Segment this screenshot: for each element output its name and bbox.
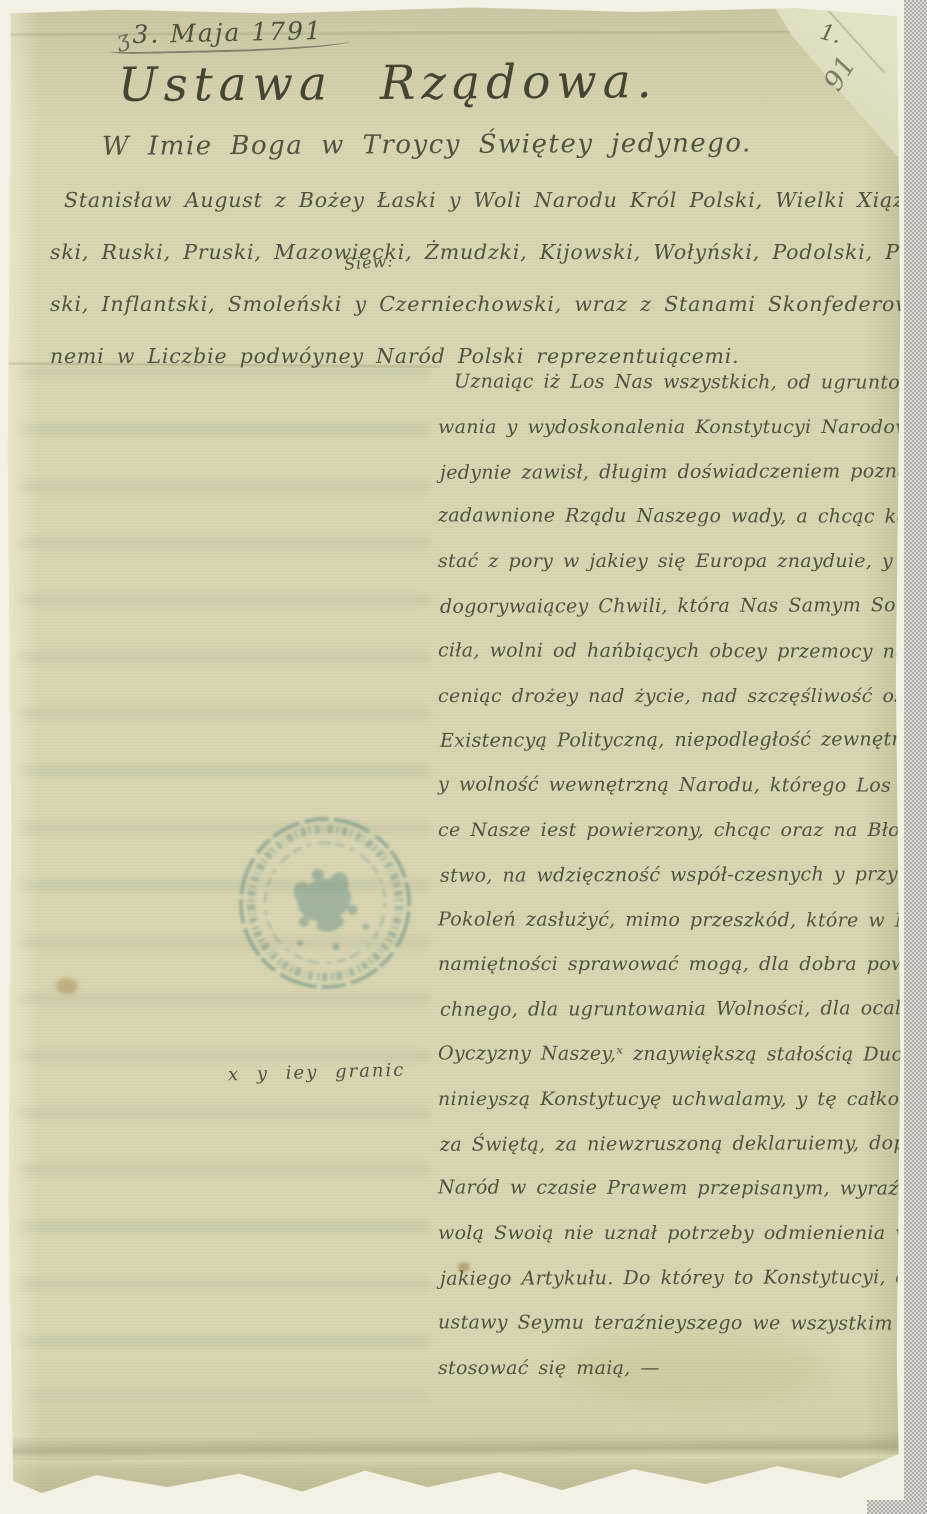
body-line: jakiego Artykułu. Do którey to Konstytuc… <box>440 1255 896 1301</box>
body-line: ciła, wolni od hańbiących obcey przemocy… <box>438 628 894 674</box>
body-line: wania y wydoskonalenia Konstytucyi Narod… <box>438 405 894 450</box>
body-line: dogorywaiącey Chwili, która Nas Samym So… <box>440 583 896 629</box>
body-line: Naród w czasie Prawem przepisanym, wyraź… <box>438 1166 894 1212</box>
body-line: namiętności sprawować mogą, dla dobra po… <box>438 942 894 987</box>
photo-edge-bottom <box>867 1500 927 1514</box>
body-line: Existencyą Polityczną, niepodległość zew… <box>440 718 896 764</box>
body-line: y wolność wewnętrzną Narodu, którego Los… <box>438 763 894 809</box>
photo-edge-right <box>904 0 927 1514</box>
body-line: wolą Swoią nie uznał potrzeby odmienieni… <box>438 1211 894 1256</box>
manuscript-page: 1. 91 ʒ3. Maja 1791 Ustawa Rządowa. W Im… <box>6 6 903 1502</box>
preamble-body-column: Uznaiąc iż Los Nas wszystkich, od ugrunt… <box>438 360 894 1390</box>
intitulatio-line: ski, Ruski, Pruski, Mazowiecki, Żmudzki,… <box>50 226 895 278</box>
intitulatio-line: ski, Inflantski, Smoleński y Czerniechow… <box>50 278 895 330</box>
body-line: jedynie zawisł, długim doświadczeniem po… <box>440 449 896 495</box>
date-text: 3. Maja 1791 <box>132 16 323 49</box>
date-annotation: ʒ3. Maja 1791 <box>110 15 352 54</box>
body-line: zadawnione Rządu Naszego wady, a chcąc k… <box>438 494 894 540</box>
royal-intitulatio: Stanisław August z Bożey Łaski y Woli Na… <box>50 174 895 382</box>
paper-stain <box>56 978 78 994</box>
manuscript-scan: 1. 91 ʒ3. Maja 1791 Ustawa Rządowa. W Im… <box>0 0 927 1514</box>
body-line: ce Nasze iest powierzony, chcąc oraz na … <box>438 808 894 853</box>
invocation-line: W Imie Boga w Troycy Świętey jedynego. <box>102 128 752 161</box>
body-line: ceniąc drożey nad życie, nad szczęśliwoś… <box>438 674 894 719</box>
interlinear-insertion: Siew: <box>343 251 394 273</box>
body-line: stwo, na wdzięczność współ-czesnych y pr… <box>440 852 896 898</box>
body-line: Pokoleń zasłużyć, mimo przeszkód, które … <box>438 897 894 943</box>
body-line: za Świętą, za niewzruszoną deklaruiemy, … <box>440 1121 896 1167</box>
body-line: chnego, dla ugruntowania Wolności, dla o… <box>440 986 896 1032</box>
body-line: ninieyszą Konstytucyę uchwalamy, y tę ca… <box>438 1077 894 1122</box>
body-line: Oyczyzny Naszey,ˣ znaywiększą stałością … <box>438 1031 894 1077</box>
pen-flourish-mark: ʒ <box>114 26 134 54</box>
page-title: Ustawa Rządowa. <box>118 54 658 113</box>
body-line: stosować się maią, — <box>438 1346 894 1391</box>
body-line: ustawy Seymu teraźnieyszego we wszystkim <box>438 1300 894 1346</box>
body-line: Uznaiąc iż Los Nas wszystkich, od ugrunt… <box>438 359 894 405</box>
bottom-torn-edge-shading <box>6 1458 903 1502</box>
intitulatio-line: Stanisław August z Bożey Łaski y Woli Na… <box>50 174 895 226</box>
body-line: stać z pory w jakiey się Europa znayduie… <box>438 539 894 584</box>
